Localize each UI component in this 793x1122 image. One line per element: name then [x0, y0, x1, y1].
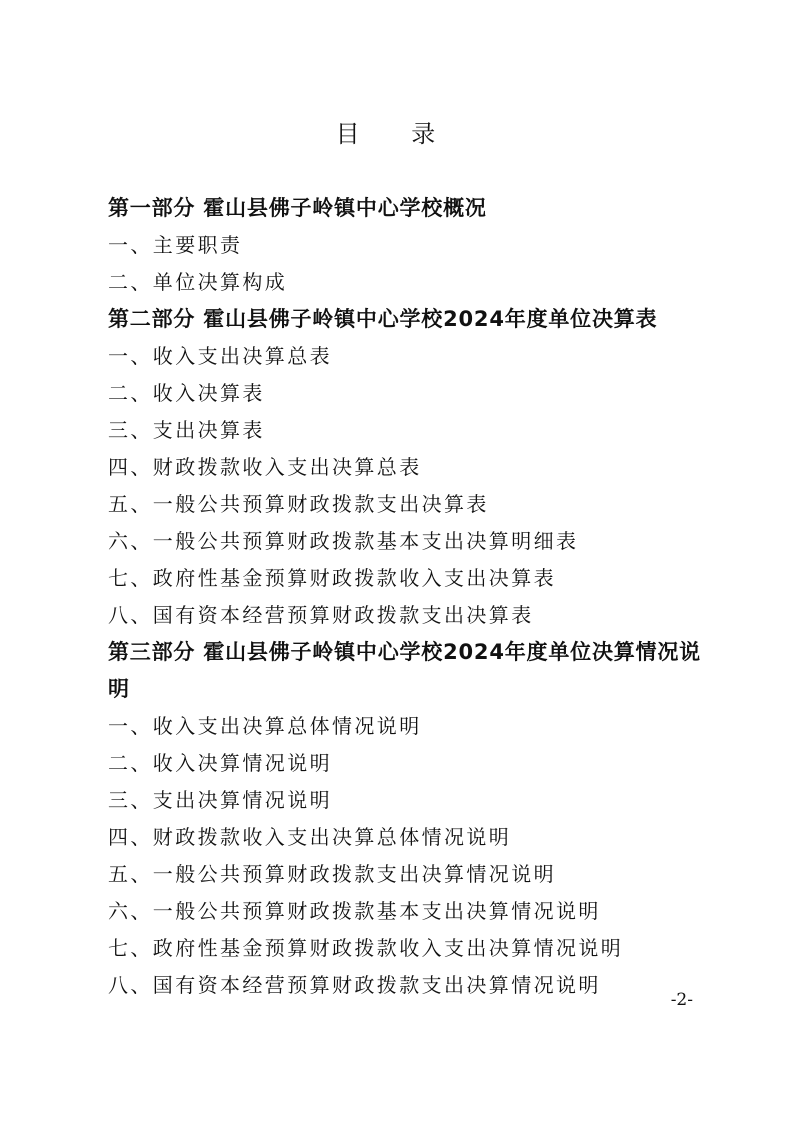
- toc-item[interactable]: 五、一般公共预算财政拨款支出决算情况说明: [108, 856, 708, 893]
- toc-item[interactable]: 二、收入决算表: [108, 375, 708, 412]
- toc-item[interactable]: 二、收入决算情况说明: [108, 745, 708, 782]
- toc-item[interactable]: 一、收入支出决算总体情况说明: [108, 708, 708, 745]
- page-title: 目 录: [0, 114, 793, 149]
- toc-part-2-heading[interactable]: 第二部分 霍山县佛子岭镇中心学校2024年度单位决算表: [108, 301, 708, 338]
- toc-item[interactable]: 二、单位决算构成: [108, 264, 708, 301]
- toc-part-1-heading[interactable]: 第一部分 霍山县佛子岭镇中心学校概况: [108, 190, 708, 227]
- toc-item[interactable]: 五、一般公共预算财政拨款支出决算表: [108, 486, 708, 523]
- toc-item[interactable]: 一、收入支出决算总表: [108, 338, 708, 375]
- toc-item[interactable]: 三、支出决算表: [108, 412, 708, 449]
- table-of-contents: 第一部分 霍山县佛子岭镇中心学校概况 一、主要职责 二、单位决算构成 第二部分 …: [108, 190, 708, 1004]
- toc-part-3-heading[interactable]: 第三部分 霍山县佛子岭镇中心学校2024年度单位决算情况说明: [108, 634, 708, 708]
- toc-item[interactable]: 七、政府性基金预算财政拨款收入支出决算情况说明: [108, 930, 708, 967]
- toc-item[interactable]: 一、主要职责: [108, 227, 708, 264]
- toc-item[interactable]: 八、国有资本经营预算财政拨款支出决算情况说明: [108, 967, 708, 1004]
- toc-item[interactable]: 四、财政拨款收入支出决算总表: [108, 449, 708, 486]
- toc-item[interactable]: 八、国有资本经营预算财政拨款支出决算表: [108, 597, 708, 634]
- toc-item[interactable]: 三、支出决算情况说明: [108, 782, 708, 819]
- page-number: -2-: [671, 990, 693, 1010]
- toc-item[interactable]: 六、一般公共预算财政拨款基本支出决算明细表: [108, 523, 708, 560]
- toc-item[interactable]: 七、政府性基金预算财政拨款收入支出决算表: [108, 560, 708, 597]
- toc-item[interactable]: 四、财政拨款收入支出决算总体情况说明: [108, 819, 708, 856]
- toc-item[interactable]: 六、一般公共预算财政拨款基本支出决算情况说明: [108, 893, 708, 930]
